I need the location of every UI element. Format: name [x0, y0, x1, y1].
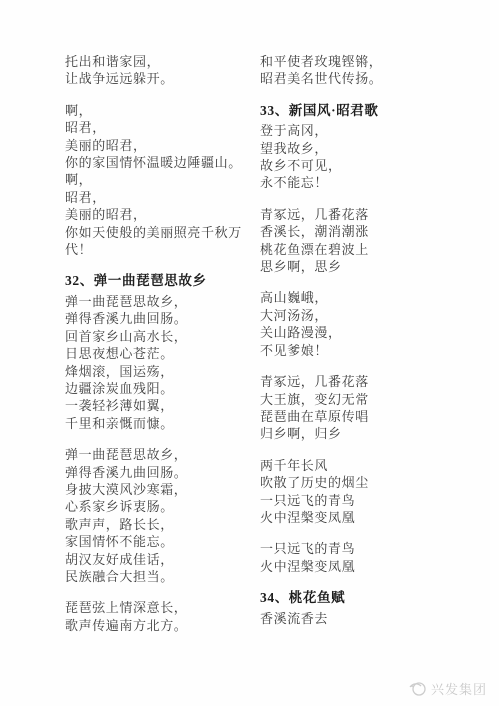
- poem-line: 火中涅槃变凤凰: [260, 509, 458, 526]
- poem-stanza: 琵琶弦上情深意长，歌声传遍南方北方。: [65, 599, 244, 634]
- poem-line: 一只远飞的青鸟: [260, 492, 458, 509]
- poem-stanza: 青冢远，几番花落香溪长，潮消潮涨桃花鱼漂在碧波上思乡啊，思乡: [260, 206, 458, 276]
- poem-stanza: 青冢远，几番花落大王旗，变幻无常琵琶曲在草原传唱归乡啊，归乡: [260, 373, 458, 443]
- poem-line: 永不能忘！: [260, 174, 458, 191]
- poem-line: 桃花鱼漂在碧波上: [260, 241, 458, 258]
- poem-line: 心系家乡诉衷肠。: [65, 498, 244, 515]
- poem-line: 香溪流香去: [260, 610, 458, 627]
- poem-line: 琵琶曲在草原传唱: [260, 408, 458, 425]
- poem-line: 吹散了历史的烟尘: [260, 474, 458, 491]
- poem-line: 登于高冈，: [260, 122, 458, 139]
- poem-line: 归乡啊，归乡: [260, 425, 458, 442]
- poem-line: 32、弹一曲琵琶思故乡: [65, 272, 244, 289]
- poem-heading: 32、弹一曲琵琶思故乡: [65, 272, 244, 289]
- poem-stanza: 和平使者玫瑰铿锵，昭君美名世代传扬。: [260, 53, 458, 88]
- poem-line: 美丽的昭君，: [65, 137, 244, 154]
- poem-line: 关山路漫漫，: [260, 324, 458, 341]
- poem-stanza: 托出和谐家园，让战争远远躲开。: [65, 53, 244, 88]
- poem-line: 昭君，: [65, 119, 244, 136]
- poem-line: 大王旗，变幻无常: [260, 391, 458, 408]
- poem-line: 边疆涂炭血残阳。: [65, 380, 244, 397]
- poem-stanza: 登于高冈，望我故乡，故乡不可见，永不能忘！: [260, 122, 458, 192]
- poem-line: 身披大漠风沙寒霜，: [65, 481, 244, 498]
- poem-stanza: 弹一曲琵琶思故乡，弹得香溪九曲回肠。身披大漠风沙寒霜，心系家乡诉衷肠。歌声声，路…: [65, 446, 244, 585]
- poem-line: 不见爹娘！: [260, 342, 458, 359]
- poem-heading: 33、新国风·昭君歌: [260, 102, 458, 119]
- poem-line: 弹得香溪九曲回肠。: [65, 310, 244, 327]
- poem-line: 你如天使般的美丽照亮千秋万代！: [65, 224, 244, 259]
- poem-line: 一只远飞的青鸟: [260, 540, 458, 557]
- watermark: 兴发集团: [409, 679, 487, 698]
- poem-line: 昭君，: [65, 189, 244, 206]
- poem-stanza: 高山巍峨，大河汤汤，关山路漫漫，不见爹娘！: [260, 289, 458, 359]
- poem-line: 歌声传遍南方北方。: [65, 617, 244, 634]
- poem-line: 琵琶弦上情深意长，: [65, 599, 244, 616]
- watermark-label: 兴发集团: [431, 679, 487, 698]
- poem-line: 民族融合大担当。: [65, 568, 244, 585]
- poem-line: 思乡啊，思乡: [260, 258, 458, 275]
- poem-stanza: 啊，昭君，美丽的昭君，你的家国情怀温暖边陲疆山。啊，昭君，美丽的昭君，你如天使般…: [65, 102, 244, 259]
- poem-line: 34、桃花鱼赋: [260, 589, 458, 606]
- poem-line: 香溪长，潮消潮涨: [260, 223, 458, 240]
- poem-line: 美丽的昭君，: [65, 206, 244, 223]
- poem-line: 家国情怀不能忘。: [65, 533, 244, 550]
- poem-line: 一袭轻衫薄如翼，: [65, 397, 244, 414]
- poem-line: 故乡不可见，: [260, 157, 458, 174]
- poem-line: 青冢远，几番花落: [260, 206, 458, 223]
- poem-stanza: 弹一曲琵琶思故乡，弹得香溪九曲回肠。回首家乡山高水长，日思夜想心苍茫。烽烟滚，国…: [65, 293, 244, 432]
- poem-line: 千里和亲慨而慷。: [65, 415, 244, 432]
- left-column: 托出和谐家园，让战争远远躲开。啊，昭君，美丽的昭君，你的家国情怀温暖边陲疆山。啊…: [65, 53, 244, 648]
- poem-line: 33、新国风·昭君歌: [260, 102, 458, 119]
- poem-page: 托出和谐家园，让战争远远躲开。啊，昭君，美丽的昭君，你的家国情怀温暖边陲疆山。啊…: [0, 0, 499, 706]
- poem-line: 啊，: [65, 171, 244, 188]
- poem-line: 昭君美名世代传扬。: [260, 70, 458, 87]
- poem-line: 托出和谐家园，: [65, 53, 244, 70]
- poem-line: 高山巍峨，: [260, 289, 458, 306]
- poem-line: 烽烟滚，国运殇，: [65, 363, 244, 380]
- poem-line: 回首家乡山高水长，: [65, 328, 244, 345]
- right-column: 和平使者玫瑰铿锵，昭君美名世代传扬。33、新国风·昭君歌登于高冈，望我故乡，故乡…: [260, 53, 458, 641]
- poem-line: 弹得香溪九曲回肠。: [65, 464, 244, 481]
- poem-line: 弹一曲琵琶思故乡，: [65, 446, 244, 463]
- poem-line: 两千年长风: [260, 457, 458, 474]
- poem-heading: 34、桃花鱼赋: [260, 589, 458, 606]
- poem-line: 火中涅槃变凤凰: [260, 558, 458, 575]
- poem-stanza: 香溪流香去: [260, 610, 458, 627]
- poem-line: 和平使者玫瑰铿锵，: [260, 53, 458, 70]
- poem-line: 青冢远，几番花落: [260, 373, 458, 390]
- poem-line: 日思夜想心苍茫。: [65, 345, 244, 362]
- poem-line: 歌声声，路长长，: [65, 516, 244, 533]
- poem-line: 大河汤汤，: [260, 307, 458, 324]
- poem-stanza: 一只远飞的青鸟火中涅槃变凤凰: [260, 540, 458, 575]
- poem-line: 你的家国情怀温暖边陲疆山。: [65, 154, 244, 171]
- poem-line: 让战争远远躲开。: [65, 70, 244, 87]
- poem-line: 弹一曲琵琶思故乡，: [65, 293, 244, 310]
- poem-line: 啊，: [65, 102, 244, 119]
- poem-line: 望我故乡，: [260, 140, 458, 157]
- poem-line: 胡汉友好成佳话，: [65, 551, 244, 568]
- poem-stanza: 两千年长风吹散了历史的烟尘一只远飞的青鸟火中涅槃变凤凰: [260, 457, 458, 527]
- xingfa-logo-icon: [409, 681, 427, 697]
